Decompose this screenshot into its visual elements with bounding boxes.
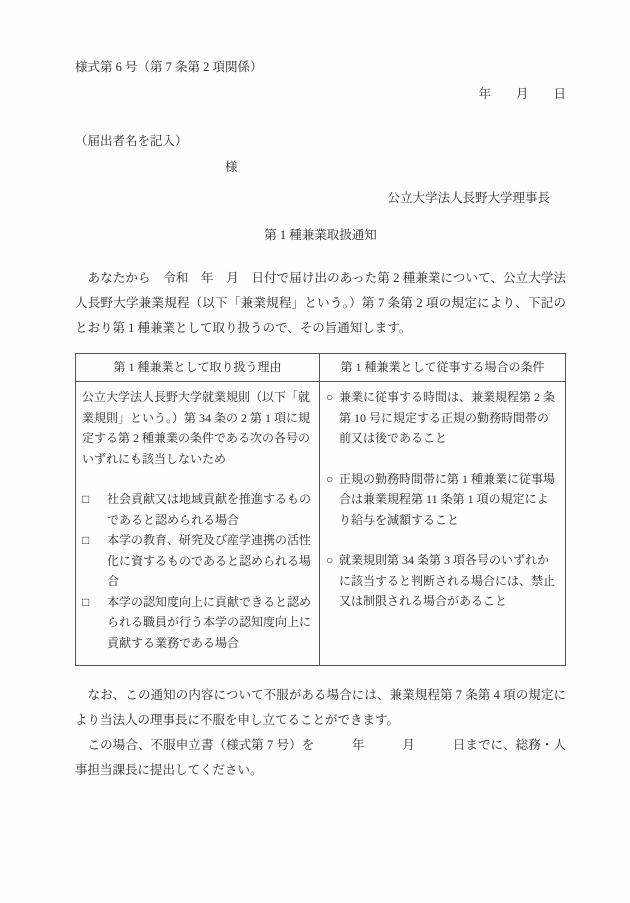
conditions-table: 第 1 種兼業として取り扱う理由 第 1 種兼業として従事する場合の条件 公立大… xyxy=(75,353,566,666)
checkbox-item: □ 本学の認知度向上に貢献できると認められる職員が行う本学の認知度向上に貢献する… xyxy=(82,592,313,654)
reason-intro-text: 公立大学法人長野大学就業規則（以下「就業規則」という。）第 34 条の 2 第 … xyxy=(82,387,313,469)
table-body-row: 公立大学法人長野大学就業規則（以下「就業規則」という。）第 34 条の 2 第 … xyxy=(76,382,566,666)
condition-item-label: 就業規則第 34 条第 3 項各号のいずれかに該当すると判断される場合には、禁止… xyxy=(339,550,559,612)
condition-item: ○ 正規の勤務時間帯に第 1 種兼業に従事場合は兼業規程第 11 条第 1 項の… xyxy=(326,469,559,531)
checkbox-icon: □ xyxy=(82,530,107,592)
table-header-row: 第 1 種兼業として取り扱う理由 第 1 種兼業として従事する場合の条件 xyxy=(76,354,566,382)
checkbox-item-label: 本学の認知度向上に貢献できると認められる職員が行う本学の認知度向上に貢献する業務… xyxy=(107,592,313,654)
document-page: 様式第 6 号（第 7 条第 2 項関係） 年 月 日 （届出者名を記入） 様 … xyxy=(0,0,630,903)
document-title: 第 1 種兼業取扱通知 xyxy=(75,225,566,245)
table-header-conditions: 第 1 種兼業として従事する場合の条件 xyxy=(320,354,566,382)
issuer-name: 公立大学法人長野大学理事長 xyxy=(75,188,566,208)
checkbox-icon: □ xyxy=(82,592,107,654)
condition-item: ○ 就業規則第 34 条第 3 項各号のいずれかに該当すると判断される場合には、… xyxy=(326,550,559,612)
checkbox-icon: □ xyxy=(82,489,107,530)
reason-cell: 公立大学法人長野大学就業規則（以下「就業規則」という。）第 34 条の 2 第 … xyxy=(76,382,320,666)
closing-paragraph-deadline: この場合、不服申立書（様式第 7 号）を 年 月 日までに、総務・人事担当課長に… xyxy=(75,733,566,783)
intro-paragraph: あなたから 令和 年 月 日付で届け出のあった第 2 種兼業について、公立大学法… xyxy=(75,266,566,341)
condition-item: ○ 兼業に従事する時間は、兼業規程第 2 条第 10 号に規定する正規の勤務時間… xyxy=(326,387,559,449)
checkbox-item-label: 本学の教育、研究及び産学連携の活性化に資するものであると認められる場合 xyxy=(107,530,313,592)
addressee-note: （届出者名を記入） xyxy=(75,131,566,151)
table-header-reason: 第 1 種兼業として取り扱う理由 xyxy=(76,354,320,382)
closing-paragraph-appeal: なお、この通知の内容について不服がある場合には、兼業規程第 7 条第 4 項の規… xyxy=(75,683,566,733)
checkbox-item: □ 社会貢献又は地域貢献を推進するものであると認められる場合 xyxy=(82,489,313,530)
conditions-cell: ○ 兼業に従事する時間は、兼業規程第 2 条第 10 号に規定する正規の勤務時間… xyxy=(320,382,566,666)
circle-bullet-icon: ○ xyxy=(326,469,339,531)
form-number: 様式第 6 号（第 7 条第 2 項関係） xyxy=(75,57,566,77)
checkbox-item-label: 社会貢献又は地域貢献を推進するものであると認められる場合 xyxy=(107,489,313,530)
circle-bullet-icon: ○ xyxy=(326,550,339,612)
circle-bullet-icon: ○ xyxy=(326,387,339,449)
date-line: 年 月 日 xyxy=(75,84,566,104)
condition-item-label: 正規の勤務時間帯に第 1 種兼業に従事場合は兼業規程第 11 条第 1 項の規定… xyxy=(339,469,559,531)
checkbox-item: □ 本学の教育、研究及び産学連携の活性化に資するものであると認められる場合 xyxy=(82,530,313,592)
condition-item-label: 兼業に従事する時間は、兼業規程第 2 条第 10 号に規定する正規の勤務時間帯の… xyxy=(339,387,559,449)
addressee-honorific: 様 xyxy=(75,157,566,177)
